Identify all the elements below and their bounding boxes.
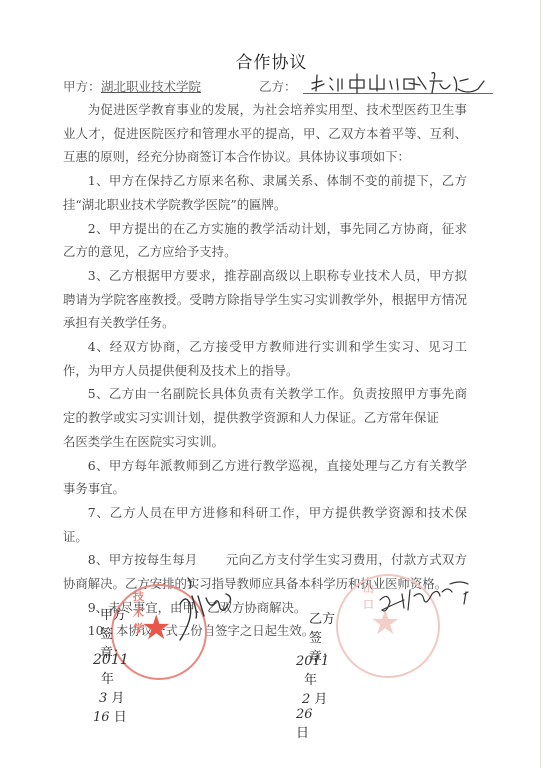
month-label: 月 bbox=[314, 692, 327, 707]
party-b-day-hand: 26 bbox=[296, 707, 313, 722]
party-b-date: 2011 年 2 月 26 日 bbox=[296, 654, 329, 741]
clause-5: 5、乙方由一名副院长具体负责有关教学工作。负责按照甲方事先商定的教学或实习实训计… bbox=[63, 382, 467, 453]
party-a-seal-text: 技术学 bbox=[133, 588, 146, 636]
clause-5-text-a: 5、乙方由一名副院长具体负责有关教学工作。负责按照甲方事先商定的教学或实习实训计… bbox=[63, 386, 467, 425]
party-b-handwritten-name bbox=[308, 69, 488, 97]
day-label: 日 bbox=[114, 710, 127, 725]
clause-6: 6、甲方每年派教师到乙方进行教学巡视，直接处理与乙方有关教学事务事宜。 bbox=[63, 454, 467, 501]
agreement-body: 为促进医学教育事业的发展，为社会培养实用型、技术型医药卫生事业人才，促进医院医疗… bbox=[63, 98, 467, 643]
year-label: 年 bbox=[304, 673, 317, 688]
page-edge-line bbox=[540, 0, 541, 768]
party-a-month-hand: 3 bbox=[99, 691, 107, 706]
party-a-signature bbox=[170, 574, 240, 644]
party-a-day-hand: 16 bbox=[93, 710, 110, 725]
parties-row: 甲方： 湖北职业技术学院 乙方： bbox=[63, 73, 483, 95]
clause-1: 1、甲方在保持乙方原来名称、隶属关系、体制不变的前提下，乙方挂“湖北职业技术学院… bbox=[63, 169, 467, 216]
year-label: 年 bbox=[101, 672, 114, 687]
party-b-month-hand: 2 bbox=[302, 692, 310, 707]
party-a-label: 甲方： bbox=[63, 77, 101, 95]
clause-8-text-a: 8、甲方按每生每月 bbox=[88, 552, 198, 567]
party-b-label: 乙方： bbox=[259, 77, 297, 95]
clause-7: 7、乙方人员在甲方进修和科研工作，甲方提供教学资源和技术保证。 bbox=[63, 501, 467, 548]
party-b-seal-text: 山 口 bbox=[363, 580, 378, 612]
clause-4: 4、经双方协商，乙方接受甲方教师进行实训和学生实习、见习工作，为甲方人员提供便利… bbox=[63, 335, 467, 382]
clause-2: 2、甲方提出的在乙方实施的教学活动计划，事先同乙方协商，征求乙方的意见，乙方应给… bbox=[63, 217, 467, 264]
day-label: 日 bbox=[296, 726, 309, 741]
party-a-name: 湖北职业技术学院 bbox=[101, 77, 201, 95]
party-b-year-hand: 2011 bbox=[296, 654, 329, 669]
month-label: 月 bbox=[111, 691, 124, 706]
party-a-date: 2011 年 3 月 16 日 bbox=[93, 652, 129, 725]
party-a-year-hand: 2011 bbox=[93, 652, 129, 668]
party-b-signature bbox=[378, 580, 478, 620]
clause-5-text-b: 名医类学生在医院实习实训。 bbox=[63, 434, 224, 449]
intro-paragraph: 为促进医学教育事业的发展，为社会培养实用型、技术型医药卫生事业人才，促进医院医疗… bbox=[63, 98, 467, 169]
clause-3: 3、乙方根据甲方要求，推荐副高级以上职称专业技术人员，甲方拟聘请为学院客座教授。… bbox=[63, 264, 467, 335]
